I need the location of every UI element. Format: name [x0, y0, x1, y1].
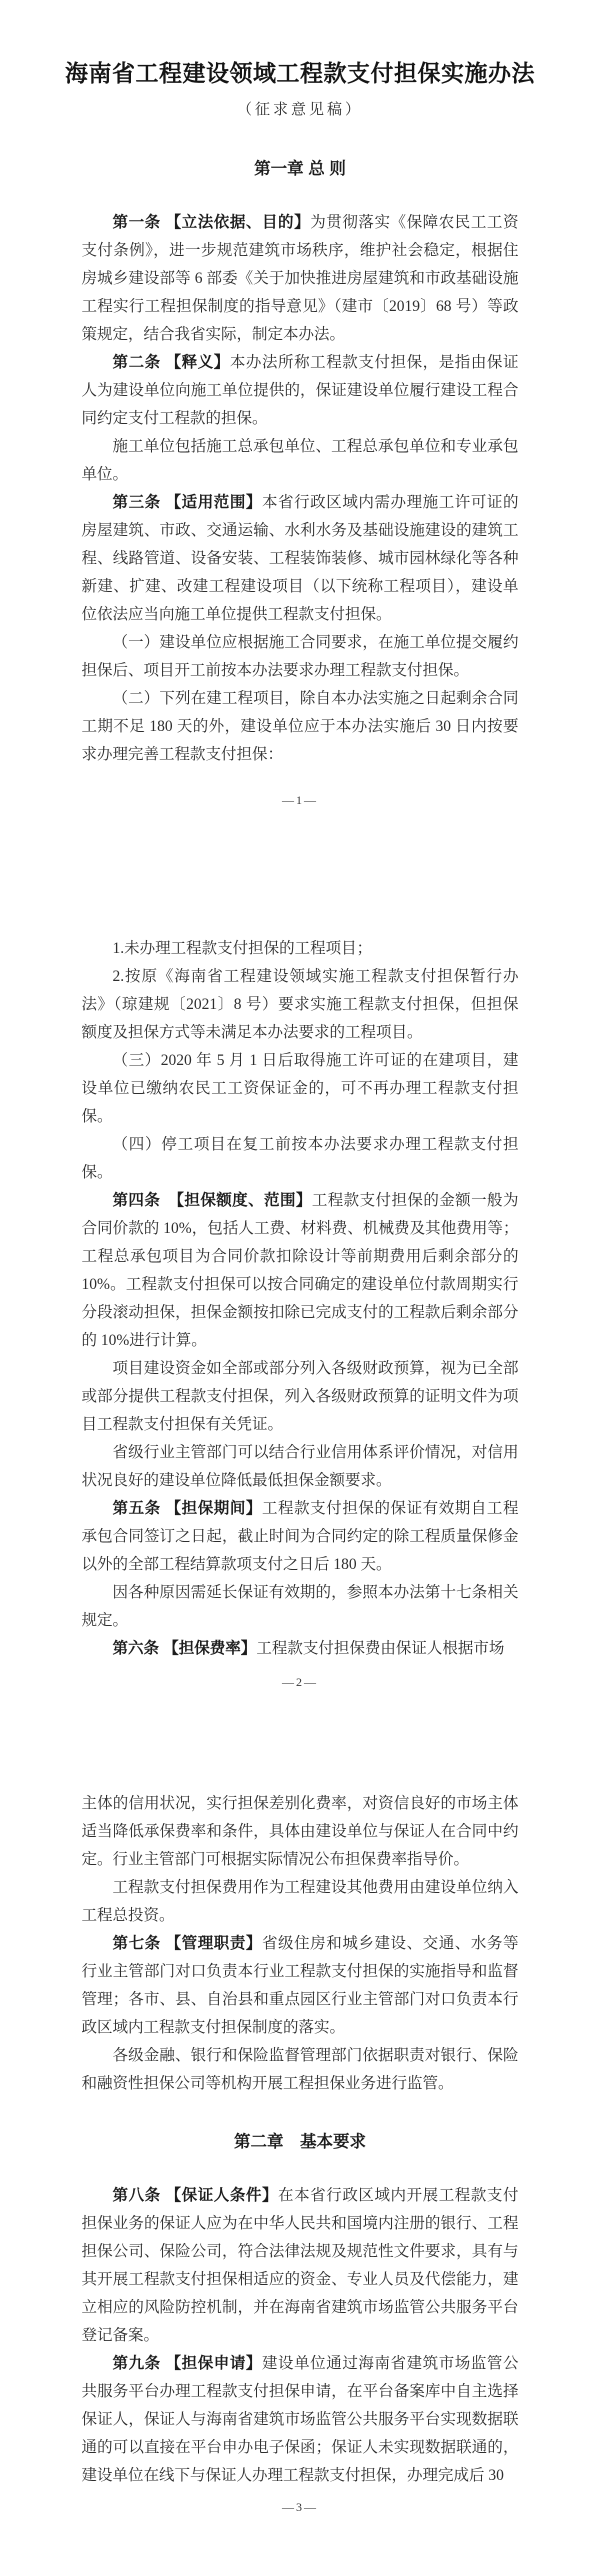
- paragraph-article-9: 第九条 【担保申请】建设单位通过海南省建筑市场监管公共服务平台办理工程款支付担保…: [82, 2350, 519, 2490]
- paragraph-subitem-2: 2.按原《海南省工程建设领域实施工程款支付担保暂行办法》（琼建规〔2021〕8 …: [82, 963, 519, 1047]
- paragraph: 各级金融、银行和保险监督管理部门依据职责对银行、保险和融资性担保公司等机构开展工…: [82, 2042, 519, 2098]
- paragraph: 省级行业主管部门可以结合行业信用体系评价情况，对信用状况良好的建设单位降低最低担…: [82, 1439, 519, 1495]
- doc-title: 海南省工程建设领域工程款支付担保实施办法: [0, 57, 600, 89]
- paragraph-article-5: 第五条 【担保期间】工程款支付担保的保证有效期自工程承包合同签订之日起，截止时间…: [82, 1495, 519, 1579]
- document-page-3: 主体的信用状况，实行担保差别化费率，对资信良好的市场主体适当降低承保费率和条件，…: [0, 1727, 600, 2558]
- doc-subtitle: （征求意见稿）: [0, 98, 600, 122]
- article-9-label: 第九条 【担保申请】: [113, 2355, 262, 2372]
- article-6-label: 第六条 【担保费率】: [113, 1640, 257, 1657]
- paragraph-text: （三）2020 年 5 月 1 日后取得施工许可证的在建项目，建设单位已缴纳农民…: [82, 1052, 519, 1125]
- paragraph-subitem-1: 1.未办理工程款支付担保的工程项目；: [82, 935, 519, 963]
- page-number-1: —1—: [0, 791, 600, 809]
- document: 海南省工程建设领域工程款支付担保实施办法 （征求意见稿） 第一章 总 则 第一条…: [0, 0, 600, 2558]
- chapter-1-heading: 第一章 总 则: [0, 155, 600, 183]
- article-4-label: 第四条 【担保额度、范围】: [113, 1192, 312, 1209]
- paragraph-item-2: （二）下列在建工程项目，除自本办法实施之日起剩余合同工期不足 180 天的外，建…: [82, 685, 519, 769]
- article-8-label: 第八条 【保证人条件】: [113, 2187, 279, 2204]
- page-body: 1.未办理工程款支付担保的工程项目； 2.按原《海南省工程建设领域实施工程款支付…: [82, 935, 519, 1663]
- document-page-2: 1.未办理工程款支付担保的工程项目； 2.按原《海南省工程建设领域实施工程款支付…: [0, 872, 600, 1727]
- paragraph-article-2: 第二条 【释义】本办法所称工程款支付担保，是指由保证人为建设单位向施工单位提供的…: [82, 349, 519, 433]
- paragraph-item-3: （三）2020 年 5 月 1 日后取得施工许可证的在建项目，建设单位已缴纳农民…: [82, 1047, 519, 1131]
- paragraph-text: （一）建设单位应根据施工合同要求，在施工单位提交履约担保后、项目开工前按本办法要…: [82, 634, 519, 679]
- paragraph-article-6: 第六条 【担保费率】工程款支付担保费由保证人根据市场: [82, 1635, 519, 1663]
- paragraph-text: 因各种原因需延长保证有效期的，参照本办法第十七条相关规定。: [82, 1584, 519, 1629]
- paragraph-article-1: 第一条 【立法依据、目的】为贯彻落实《保障农民工工资支付条例》，进一步规范建筑市…: [82, 209, 519, 349]
- article-2-label: 第二条 【释义】: [113, 354, 230, 371]
- page-number-2: —2—: [0, 1673, 600, 1691]
- paragraph-article-8: 第八条 【保证人条件】在本省行政区域内开展工程款支付担保业务的保证人应为在中华人…: [82, 2182, 519, 2350]
- article-9-text: 建设单位通过海南省建筑市场监管公共服务平台办理工程款支付担保申请，在平台备案库中…: [82, 2355, 519, 2484]
- page-number-3: —3—: [0, 2498, 600, 2516]
- paragraph-article-7: 第七条 【管理职责】省级住房和城乡建设、交通、水务等行业主管部门对口负责本行业工…: [82, 1930, 519, 2042]
- paragraph-item-4: （四）停工项目在复工前按本办法要求办理工程款支付担保。: [82, 1131, 519, 1187]
- paragraph-text: （四）停工项目在复工前按本办法要求办理工程款支付担保。: [82, 1136, 519, 1181]
- page-body: 第一条 【立法依据、目的】为贯彻落实《保障农民工工资支付条例》，进一步规范建筑市…: [82, 209, 519, 769]
- paragraph-text: 主体的信用状况，实行担保差别化费率，对资信良好的市场主体适当降低承保费率和条件，…: [82, 1795, 519, 1868]
- chapter-2-heading: 第二章 基本要求: [82, 2128, 519, 2156]
- paragraph-item-1: （一）建设单位应根据施工合同要求，在施工单位提交履约担保后、项目开工前按本办法要…: [82, 629, 519, 685]
- paragraph-text: 省级行业主管部门可以结合行业信用体系评价情况，对信用状况良好的建设单位降低最低担…: [82, 1444, 519, 1489]
- paragraph: 因各种原因需延长保证有效期的，参照本办法第十七条相关规定。: [82, 1579, 519, 1635]
- article-8-text: 在本省行政区域内开展工程款支付担保业务的保证人应为在中华人民共和国境内注册的银行…: [82, 2187, 519, 2344]
- paragraph: 施工单位包括施工总承包单位、工程总承包单位和专业承包单位。: [82, 433, 519, 489]
- paragraph-text: 1.未办理工程款支付担保的工程项目；: [113, 940, 373, 957]
- paragraph-article-4: 第四条 【担保额度、范围】工程款支付担保的金额一般为合同价款的 10%，包括人工…: [82, 1187, 519, 1355]
- paragraph-text: 施工单位包括施工总承包单位、工程总承包单位和专业承包单位。: [82, 438, 519, 483]
- paragraph-continuation: 主体的信用状况，实行担保差别化费率，对资信良好的市场主体适当降低承保费率和条件，…: [82, 1790, 519, 1874]
- article-3-label: 第三条 【适用范围】: [113, 494, 262, 511]
- paragraph-text: 2.按原《海南省工程建设领域实施工程款支付担保暂行办法》（琼建规〔2021〕8 …: [82, 968, 519, 1041]
- article-1-text: 为贯彻落实《保障农民工工资支付条例》，进一步规范建筑市场秩序，维护社会稳定，根据…: [82, 214, 519, 343]
- paragraph-text: 各级金融、银行和保险监督管理部门依据职责对银行、保险和融资性担保公司等机构开展工…: [82, 2047, 519, 2092]
- page-body: 主体的信用状况，实行担保差别化费率，对资信良好的市场主体适当降低承保费率和条件，…: [82, 1790, 519, 2490]
- paragraph: 项目建设资金如全部或部分列入各级财政预算，视为已全部或部分提供工程款支付担保，列…: [82, 1355, 519, 1439]
- article-4-text: 工程款支付担保的金额一般为合同价款的 10%，包括人工费、材料费、机械费及其他费…: [82, 1192, 519, 1349]
- paragraph-text: 项目建设资金如全部或部分列入各级财政预算，视为已全部或部分提供工程款支付担保，列…: [82, 1360, 519, 1433]
- article-7-label: 第七条 【管理职责】: [113, 1935, 262, 1952]
- article-3-text: 本省行政区域内需办理施工许可证的房屋建筑、市政、交通运输、水利水务及基础设施建设…: [82, 494, 519, 623]
- paragraph-text: （二）下列在建工程项目，除自本办法实施之日起剩余合同工期不足 180 天的外，建…: [82, 690, 519, 763]
- document-page-1: 海南省工程建设领域工程款支付担保实施办法 （征求意见稿） 第一章 总 则 第一条…: [0, 0, 600, 872]
- paragraph: 工程款支付担保费用作为工程建设其他费用由建设单位纳入工程总投资。: [82, 1874, 519, 1930]
- paragraph-text: 工程款支付担保费用作为工程建设其他费用由建设单位纳入工程总投资。: [82, 1879, 519, 1924]
- paragraph-article-3: 第三条 【适用范围】本省行政区域内需办理施工许可证的房屋建筑、市政、交通运输、水…: [82, 489, 519, 629]
- article-5-label: 第五条 【担保期间】: [113, 1500, 262, 1517]
- article-1-label: 第一条 【立法依据、目的】: [113, 214, 311, 231]
- article-6-text: 工程款支付担保费由保证人根据市场: [256, 1640, 504, 1657]
